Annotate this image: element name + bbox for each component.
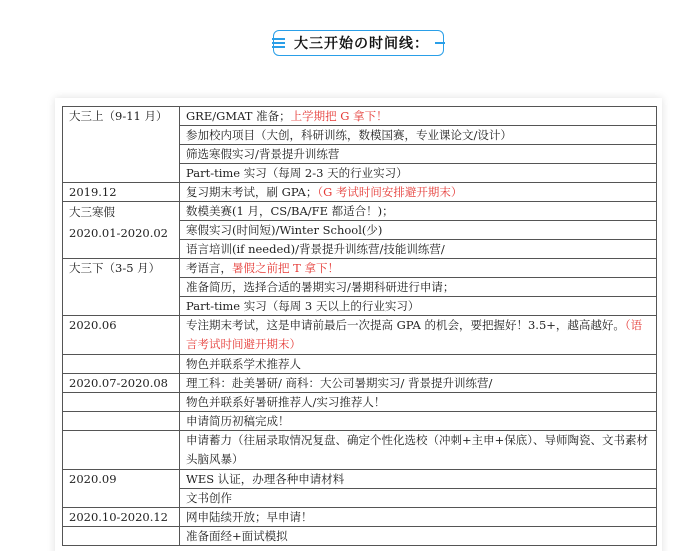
task-cell: GRE/GMAT 准备；上学期把 G 拿下！: [180, 107, 657, 126]
task-cell: 数模美赛(1 月，CS/BA/FE 都适合！)；: [180, 202, 657, 221]
task-cell: 申请简历初稿完成！: [180, 412, 657, 431]
task-cell: Part-time 实习（每周 2-3 天的行业实习）: [180, 164, 657, 183]
period-cell: 大三寒假 2020.01-2020.02: [63, 202, 180, 259]
period-cell: 2020.10-2020.12: [63, 508, 180, 527]
table-row: 2020.07-2020.08 理工科：赴美暑研/ 商科：大公司暑期实习/ 背景…: [63, 374, 657, 393]
task-cell: 寒假实习(时间短)/Winter School(少): [180, 221, 657, 240]
table-row: 大三寒假 2020.01-2020.02 数模美赛(1 月，CS/BA/FE 都…: [63, 202, 657, 221]
task-cell: Part-time 实习（每周 3 天以上的行业实习）: [180, 297, 657, 316]
table-row: 申请蓄力（往届录取情况复盘、确定个性化选校（冲刺+主申+保底）、导师陶瓷、文书素…: [63, 431, 657, 470]
timeline-table: 大三上（9-11 月） GRE/GMAT 准备；上学期把 G 拿下！ 参加校内项…: [62, 106, 657, 546]
task-cell: 物色并联系好暑研推荐人/实习推荐人！: [180, 393, 657, 412]
task-cell: 复习期末考试，刷 GPA；（G 考试时间安排避开期末）: [180, 183, 657, 202]
period-cell: [63, 393, 180, 412]
period-cell: 大三下（3-5 月）: [63, 259, 180, 316]
task-cell: 专注期末考试，这是申请前最后一次提高 GPA 的机会，要把握好！3.5+，越高越…: [180, 316, 657, 355]
period-dates: 2020.01-2020.02: [69, 224, 173, 243]
page: 大三开始の时间线： 大三上（9-11 月） GRE/GMAT 准备；上学期把 G…: [0, 0, 698, 551]
task-cell: 语言培训(if needed)/背景提升训练营/技能训练营/: [180, 240, 657, 259]
task-cell: 理工科：赴美暑研/ 商科：大公司暑期实习/ 背景提升训练营/: [180, 374, 657, 393]
task-highlight: 暑假之前把 T 拿下！: [232, 261, 339, 275]
table-row: 大三下（3-5 月） 考语言，暑假之前把 T 拿下！: [63, 259, 657, 278]
task-cell: 参加校内项目（大创，科研训练，数模国赛，专业课论文/设计）: [180, 126, 657, 145]
period-label: 大三寒假: [69, 203, 173, 222]
table-row: 准备面经+面试模拟: [63, 527, 657, 546]
period-cell: 2019.12: [63, 183, 180, 202]
table-row: 2019.12 复习期末考试，刷 GPA；（G 考试时间安排避开期末）: [63, 183, 657, 202]
task-highlight: 上学期把 G 拿下！: [291, 109, 388, 123]
task-cell: 网申陆续开放；早申请！: [180, 508, 657, 527]
task-text: GRE/GMAT 准备；: [186, 109, 291, 123]
table-row: 大三上（9-11 月） GRE/GMAT 准备；上学期把 G 拿下！: [63, 107, 657, 126]
period-cell: 2020.07-2020.08: [63, 374, 180, 393]
task-cell: 物色并联系学术推荐人: [180, 355, 657, 374]
period-cell: [63, 431, 180, 470]
task-cell: 文书创作: [180, 489, 657, 508]
table-row: 2020.06 专注期末考试，这是申请前最后一次提高 GPA 的机会，要把握好！…: [63, 316, 657, 355]
section-title: 大三开始の时间线：: [288, 33, 429, 53]
task-text: 考语言，: [186, 261, 232, 275]
task-cell: 准备简历，选择合适的暑期实习/暑期科研进行申请；: [180, 278, 657, 297]
task-highlight: （G 考试时间安排避开期末）: [317, 185, 462, 199]
task-cell: WES 认证，办理各种申请材料: [180, 470, 657, 489]
table-row: 物色并联系学术推荐人: [63, 355, 657, 374]
dash-decoration-icon: [435, 42, 445, 44]
task-cell: 申请蓄力（往届录取情况复盘、确定个性化选校（冲刺+主申+保底）、导师陶瓷、文书素…: [180, 431, 657, 470]
table-row: 2020.09 WES 认证，办理各种申请材料: [63, 470, 657, 489]
section-title-box: 大三开始の时间线：: [273, 30, 444, 56]
period-cell: 2020.09: [63, 470, 180, 508]
task-text: 专注期末考试，这是申请前最后一次提高 GPA 的机会，要把握好！3.5+，越高越…: [186, 318, 625, 332]
period-cell: [63, 412, 180, 431]
task-cell: 准备面经+面试模拟: [180, 527, 657, 546]
task-text: 复习期末考试，刷 GPA；: [186, 185, 317, 199]
task-cell: 筛选寒假实习/背景提升训练营: [180, 145, 657, 164]
period-cell: [63, 355, 180, 374]
stripes-decoration-icon: [272, 38, 285, 48]
table-row: 物色并联系好暑研推荐人/实习推荐人！: [63, 393, 657, 412]
period-cell: [63, 527, 180, 546]
period-cell: 2020.06: [63, 316, 180, 355]
table-row: 2020.10-2020.12 网申陆续开放；早申请！: [63, 508, 657, 527]
task-cell: 考语言，暑假之前把 T 拿下！: [180, 259, 657, 278]
period-cell: 大三上（9-11 月）: [63, 107, 180, 183]
table-row: 申请简历初稿完成！: [63, 412, 657, 431]
